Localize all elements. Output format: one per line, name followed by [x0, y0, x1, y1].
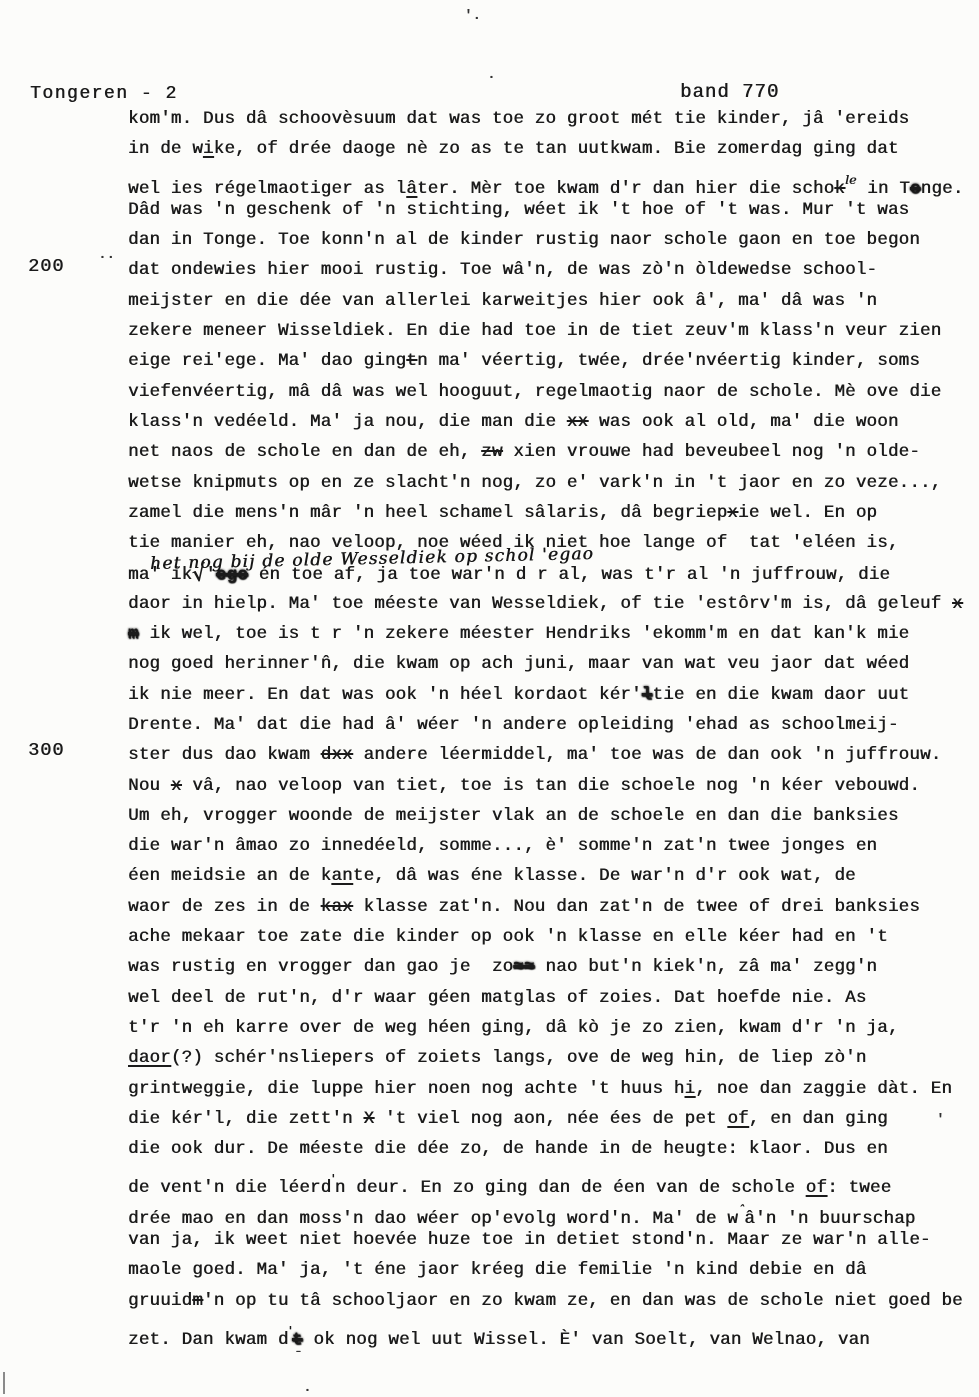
text-segment: daor — [128, 1048, 171, 1068]
text-line-35: die ook dur. De méeste die dée zo, de ha… — [128, 1134, 978, 1164]
stray-ink-mark: . — [303, 1380, 311, 1396]
text-segment: x — [727, 503, 738, 523]
text-line-37: drée mao en dan moss'n dao wéer op'evolg… — [128, 1195, 978, 1225]
text-segment: an — [331, 866, 352, 886]
text-segment: ster dus dao kwam — [128, 745, 321, 765]
text-segment: zet. Dan kwam d — [128, 1330, 289, 1350]
text-segment: nog goed herinner'n̂, die kwam op ach ju… — [128, 654, 909, 674]
text-segment: ok nog wel uut Wissel. È' van Soelt, van… — [303, 1330, 870, 1350]
text-segment: n ma' véertig, twée, drée'nvéertig kinde… — [417, 351, 920, 371]
text-segment: t'r 'n eh karre over de weg héen ging, d… — [128, 1018, 899, 1038]
text-segment: Dâd was 'n geschenk of 'n stichting, wée… — [128, 200, 909, 220]
text-line-21: Drente. Ma' dat die had â' wéer 'n ander… — [128, 710, 978, 740]
text-segment: klasse zat'n. Nou dan zat'n de twee of d… — [353, 897, 920, 917]
text-segment: (?) schér'nsliepers of zoiets langs, ove… — [171, 1048, 867, 1068]
body-text: kom'm. Dus dâ schoovèsuum dat was toe zo… — [128, 104, 978, 1346]
text-line-11: klass'n vedéeld. Ma' ja nou, die man die… — [128, 407, 978, 437]
text-line-18: m ik wel, toe is t r 'n zekere méester H… — [128, 619, 978, 649]
text-line-17: daor in hielp. Ma' toe méeste van Wessel… — [128, 589, 978, 619]
text-segment: klass'n vedéeld. Ma' ja nou, die man die — [128, 412, 567, 432]
text-segment: ache mekaar toe zate die kinder op ook '… — [128, 927, 888, 947]
text-line-25: die war'n âmao zo innedéeld, somme..., è… — [128, 831, 978, 861]
stray-ink-mark: - — [294, 1344, 302, 1360]
text-line-28: ache mekaar toe zate die kinder op ook '… — [128, 922, 978, 952]
text-segment: le — [845, 172, 856, 187]
text-segment: andere léermiddel, ma' toe was de dan oo… — [353, 745, 942, 765]
text-segment: ie wel. En op — [738, 503, 877, 523]
stray-ink-mark: '. — [464, 8, 481, 24]
text-line-10: viefenvéertig, mâ dâ was wel hooguut, re… — [128, 377, 978, 407]
stray-ink-mark — [3, 1372, 5, 1394]
text-segment: ik wel, toe is t r 'n zekere méester Hen… — [139, 624, 910, 644]
text-segment: , noe dan zaggie dàt. En — [695, 1079, 952, 1099]
text-line-36: de vent'n die léerd'n deur. En zo ging d… — [128, 1164, 978, 1194]
text-line-7: meijster en die dée van allerlei karweit… — [128, 286, 978, 316]
text-segment: wel deel de rut'n, d'r waar géen matglas… — [128, 988, 866, 1008]
text-segment: net naos de schole en dan de eh, — [128, 442, 481, 462]
text-segment: of — [727, 1109, 748, 1129]
text-line-32: daor(?) schér'nsliepers of zoiets langs,… — [128, 1043, 978, 1073]
text-segment: eige rei'ege. Ma' dao ging — [128, 351, 406, 371]
text-segment: was ook al old, ma' die woon — [588, 412, 898, 432]
text-segment: zekere meneer Wisseldiek. En die had toe… — [128, 321, 941, 341]
stray-ink-mark: · — [487, 70, 495, 86]
text-segment: daor in hielp. Ma' toe méeste van Wessel… — [128, 594, 952, 614]
text-segment: dxx — [321, 745, 353, 765]
text-segment: nao but'n kiek'n, zâ ma' zegg'n — [535, 957, 877, 977]
text-segment: ≈≈ — [513, 957, 534, 977]
text-line-40: gruuidm'n op tu tâ schooljaor en zo kwam… — [128, 1286, 978, 1316]
text-segment: i — [203, 139, 214, 159]
text-segment: zamel die mens'n mâr 'n heel schamel sâl… — [128, 503, 727, 523]
text-line-39: maole goed. Ma' ja, 't éne jaor kréeg di… — [128, 1255, 978, 1285]
text-segment: m — [192, 1291, 203, 1311]
text-line-27: waor de zes in de kax klasse zat'n. Nou … — [128, 892, 978, 922]
text-line-4: Dâd was 'n geschenk of 'n stichting, wée… — [128, 195, 978, 225]
text-segment: Um eh, vrogger woonde de meijster vlak a… — [128, 806, 899, 826]
text-line-26: éen meidsie an de kante, dâ was éne klas… — [128, 861, 978, 891]
text-line-1: kom'm. Dus dâ schoovèsuum dat was toe zo… — [128, 104, 978, 134]
text-line-3: wel ies régelmaotiger as lâter. Mèr toe … — [128, 165, 978, 195]
text-segment: viefenvéertig, mâ dâ was wel hooguut, re… — [128, 382, 941, 402]
page-title: Tongeren - 2 — [30, 84, 178, 104]
text-segment: X — [363, 1109, 374, 1129]
text-line-6: dat ondewies hier mooi rustig. Toe wâ'n,… — [128, 255, 978, 285]
text-segment: nge. — [921, 179, 964, 199]
text-segment: Drente. Ma' dat die had â' wéer 'n ander… — [128, 715, 899, 735]
text-segment: gruuid — [128, 1291, 192, 1311]
text-segment: wetse knipmuts op en ze slacht'n nog, zo… — [128, 473, 941, 493]
text-line-12: net naos de schole en dan de eh, zw xien… — [128, 437, 978, 467]
text-line-13: wetse knipmuts op en ze slacht'n nog, zo… — [128, 468, 978, 498]
text-segment: was rustig en vrogger dan gao je zo — [128, 957, 513, 977]
text-segment: maole goed. Ma' ja, 't éne jaor kréeg di… — [128, 1260, 866, 1280]
text-line-31: t'r 'n eh karre over de weg héen ging, d… — [128, 1013, 978, 1043]
text-segment: xien vrouwe had beveubeel nog 'n olde- — [503, 442, 920, 462]
text-line-14: zamel die mens'n mâr 'n heel schamel sâl… — [128, 498, 978, 528]
margin-counter-200: 200 — [28, 256, 64, 277]
text-segment: waor de zes in de — [128, 897, 321, 917]
text-line-9: eige rei'ege. Ma' dao gingtn ma' véertig… — [128, 346, 978, 376]
text-segment: ik nie meer. En dat was ook 'n héel kord… — [128, 685, 642, 705]
text-segment: , en dan ging — [749, 1109, 888, 1129]
band-number: band 770 — [680, 81, 779, 103]
text-segment: t — [406, 351, 417, 371]
text-segment: i — [685, 1079, 696, 1099]
text-segment: kax — [321, 897, 353, 917]
text-segment: vâ, nao veloop van tiet, toe is tan die … — [182, 776, 920, 796]
text-line-22: ster dus dao kwam dxx andere léermiddel,… — [128, 740, 978, 770]
text-segment: die war'n âmao zo innedéeld, somme..., è… — [128, 836, 877, 856]
text-segment: grintweggie, die luppe hier noen nog ach… — [128, 1079, 685, 1099]
text-line-24: Um eh, vrogger woonde de meijster vlak a… — [128, 801, 978, 831]
text-line-23: Nou x vâ, nao veloop van tiet, toe is ta… — [128, 771, 978, 801]
text-segment: x — [171, 776, 182, 796]
text-line-34: die kér'l, die zett'n X 't viel nog aon,… — [128, 1104, 978, 1134]
text-line-29: was rustig en vrogger dan gao je zo≈≈ na… — [128, 952, 978, 982]
stray-ink-mark: ' — [936, 1112, 944, 1128]
text-segment: l — [642, 685, 653, 705]
text-line-8: zekere meneer Wisseldiek. En die had toe… — [128, 316, 978, 346]
text-segment: zw — [481, 442, 502, 462]
text-segment: 'n op tu tâ schooljaor en zo kwam ze, en… — [203, 1291, 963, 1311]
text-segment: o — [910, 179, 921, 199]
text-segment: kom'm. Dus dâ schoovèsuum dat was toe zo… — [128, 109, 909, 129]
text-segment: te, dâ was éne klasse. De war'n d'r ook … — [353, 866, 856, 886]
text-line-33: grintweggie, die luppe hier noen nog ach… — [128, 1074, 978, 1104]
text-segment: meijster en die dée van allerlei karweit… — [128, 291, 877, 311]
text-segment: van ja, ik weet niet hoevée huze toe in … — [128, 1230, 931, 1250]
margin-counter-300: 300 — [28, 740, 64, 761]
text-line-30: wel deel de rut'n, d'r waar géen matglas… — [128, 983, 978, 1013]
text-segment: 't viel nog aon, née ées de pet — [374, 1109, 727, 1129]
text-line-20: ik nie meer. En dat was ook 'n héel kord… — [128, 680, 978, 710]
text-line-38: van ja, ik weet niet hoevée huze toe in … — [128, 1225, 978, 1255]
text-line-19: nog goed herinner'n̂, die kwam op ach ju… — [128, 649, 978, 679]
text-segment: m — [128, 624, 139, 644]
text-segment: dan in Tonge. Toe konn'n al de kinder ru… — [128, 230, 920, 250]
text-line-5: dan in Tonge. Toe konn'n al de kinder ru… — [128, 225, 978, 255]
text-segment: die ook dur. De méeste die dée zo, de ha… — [128, 1139, 888, 1159]
text-segment: éen meidsie an de k — [128, 866, 331, 886]
text-segment: ke, of drée daoge nè zo as te tan uutkwa… — [214, 139, 899, 159]
text-segment: in de w — [128, 139, 203, 159]
stray-ink-mark: ·· — [98, 250, 115, 266]
text-segment: dat ondewies hier mooi rustig. Toe wâ'n,… — [128, 260, 877, 280]
text-segment: die kér'l, die zett'n — [128, 1109, 363, 1129]
document-page: Tongeren - 2 band 770 kom'm. Dus dâ scho… — [0, 0, 979, 1397]
text-line-41: zet. Dan kwam d't ok nog wel uut Wissel.… — [128, 1316, 978, 1346]
text-segment: xx — [567, 412, 588, 432]
text-segment: tie en die kwam daor uut — [652, 685, 909, 705]
text-line-2: in de wike, of drée daoge nè zo as te ta… — [128, 134, 978, 164]
text-segment: Nou — [128, 776, 171, 796]
text-segment: x — [952, 594, 963, 614]
